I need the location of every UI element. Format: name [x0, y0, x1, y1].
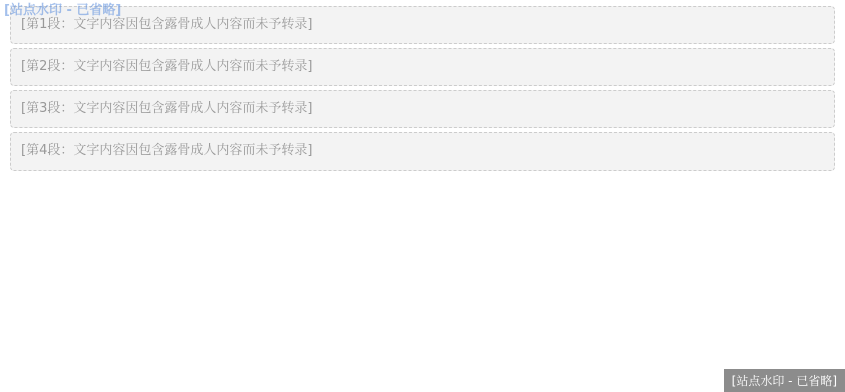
paragraph: [第2段：文字内容因包含露骨成人内容而未予转录] — [10, 48, 835, 86]
article-body: [第1段：文字内容因包含露骨成人内容而未予转录] [第2段：文字内容因包含露骨成… — [0, 0, 845, 181]
site-watermark-top: [站点水印 - 已省略] — [4, 4, 121, 18]
paragraph: [第4段：文字内容因包含露骨成人内容而未予转录] — [10, 132, 835, 170]
site-watermark-bottom: [站点水印 - 已省略] — [724, 369, 845, 392]
paragraph: [第1段：文字内容因包含露骨成人内容而未予转录] — [10, 6, 835, 44]
paragraph: [第3段：文字内容因包含露骨成人内容而未予转录] — [10, 90, 835, 128]
